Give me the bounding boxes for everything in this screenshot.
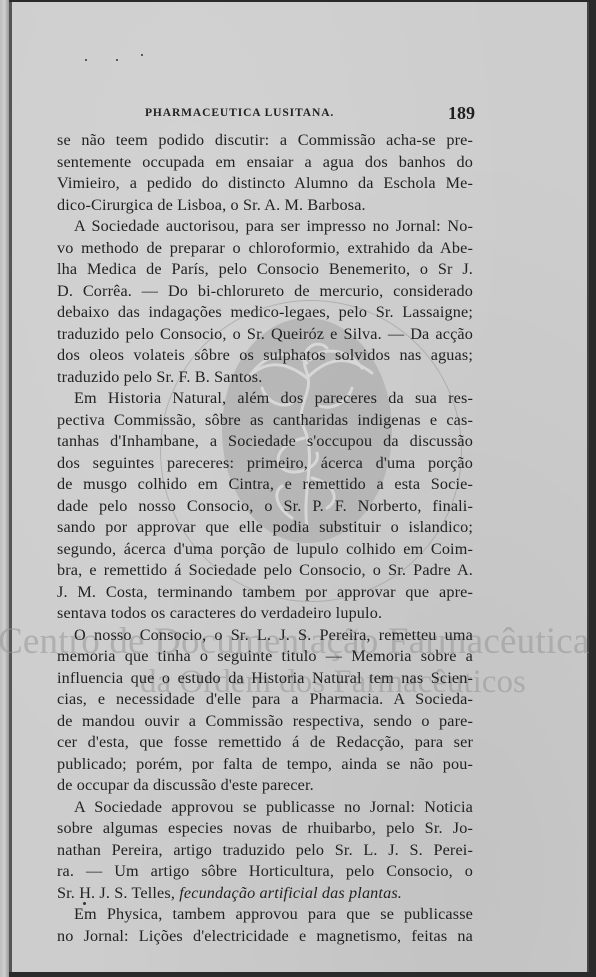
- text-line-with-italic: Sr. H. J. S. Telles, fecundação artifici…: [57, 883, 473, 905]
- text-line: D. Corrêa. — Do bi-chlorureto de mercuri…: [57, 281, 473, 303]
- ink-speck: [85, 59, 87, 61]
- text-line: dos seguintes pareceres: primeiro, ácerc…: [57, 453, 473, 475]
- text-line: influencia que o estudo da Historia Natu…: [57, 668, 473, 690]
- text-line: bra, e remettido á Sociedade pelo Consoc…: [57, 560, 473, 582]
- body-text: se não teem podido discutir: a Commissão…: [57, 130, 473, 947]
- text-line: cer d'esta, que fosse remettido á de Red…: [57, 732, 473, 754]
- text-line: debaixo das indagações medico-legaes, pe…: [57, 302, 473, 324]
- text-line: pectiva Commissão, sôbre as cantharidas …: [57, 410, 473, 432]
- paragraph-start-line: A Sociedade auctorisou, para ser impress…: [57, 216, 473, 238]
- text-line: de musgo colhido em Cintra, e remettido …: [57, 474, 473, 496]
- text-line: lha Medica de París, pelo Consocio Benem…: [57, 259, 473, 281]
- book-spine-edge: [0, 0, 9, 977]
- text-line: vo methodo de preparar o chloroformio, e…: [57, 238, 473, 260]
- text-line: tanhas d'Inhambane, a Sociedade s'occupo…: [57, 431, 473, 453]
- text-line: no Jornal: Lições d'electricidade e magn…: [57, 926, 473, 948]
- paragraph-start-line: A Sociedade approvou se publicasse no Jo…: [57, 797, 473, 819]
- text-line: segundo, ácerca d'uma porção de lupulo c…: [57, 539, 473, 561]
- ink-speck: [83, 902, 86, 905]
- paragraph-start-line: Em Historia Natural, além dos pareceres …: [57, 388, 473, 410]
- text-line: se não teem podido discutir: a Commissão…: [57, 130, 473, 152]
- text-line: sentemente occupada em ensaiar a agua do…: [57, 152, 473, 174]
- text-line: sando por approvar que elle podia substi…: [57, 517, 473, 539]
- text-line: de occupar da discussão d'este parecer.: [57, 775, 473, 797]
- text-line: dico-Cirurgica de Lisboa, o Sr. A. M. Ba…: [57, 195, 473, 217]
- ink-speck: [116, 59, 118, 61]
- text-line: dos oleos volateis sôbre os sulphatos so…: [57, 345, 473, 367]
- text-line: Vimieiro, a pedido do distincto Alumno d…: [57, 173, 473, 195]
- page-number: 189: [448, 103, 475, 124]
- text-line: J. M. Costa, terminando tambem por appro…: [57, 582, 473, 604]
- italic-title: fecundação artificial das plantas.: [179, 884, 402, 902]
- paragraph-start-line: O nosso Consocio, o Sr. L. J. S. Pereira…: [57, 625, 473, 647]
- text-line: cias, e necessidade d'elle para a Pharma…: [57, 689, 473, 711]
- text-line: memoria que tinha o seguinte titulo — Me…: [57, 646, 473, 668]
- text-line: sobre algumas especies novas de rhuibarb…: [57, 818, 473, 840]
- paragraph-start-line: Em Physica, tambem approvou para que se …: [57, 904, 473, 926]
- running-head-title: PHARMACEUTICA LUSITANA.: [145, 107, 334, 119]
- text-line: dade pelo nosso Consocio, o Sr. P. F. No…: [57, 496, 473, 518]
- ink-speck: [141, 54, 143, 56]
- text-line: traduzido pelo Sr. F. B. Santos.: [57, 367, 473, 389]
- text-line: sentava todos os caracteres do verdadeir…: [57, 603, 473, 625]
- text-span: Sr. H. J. S. Telles,: [57, 884, 179, 902]
- text-line: nathan Pereira, artigo traduzido pelo Sr…: [57, 840, 473, 862]
- text-line: traduzido pelo Consocio, o Sr. Queiróz e…: [57, 324, 473, 346]
- text-line: de mandou ouvir a Commissão respectiva, …: [57, 711, 473, 733]
- running-header: PHARMACEUTICA LUSITANA. 189: [145, 103, 475, 123]
- text-line: publicado; porém, por falta de tempo, ai…: [57, 754, 473, 776]
- text-line: ra. — Um artigo sôbre Horticultura, pelo…: [57, 861, 473, 883]
